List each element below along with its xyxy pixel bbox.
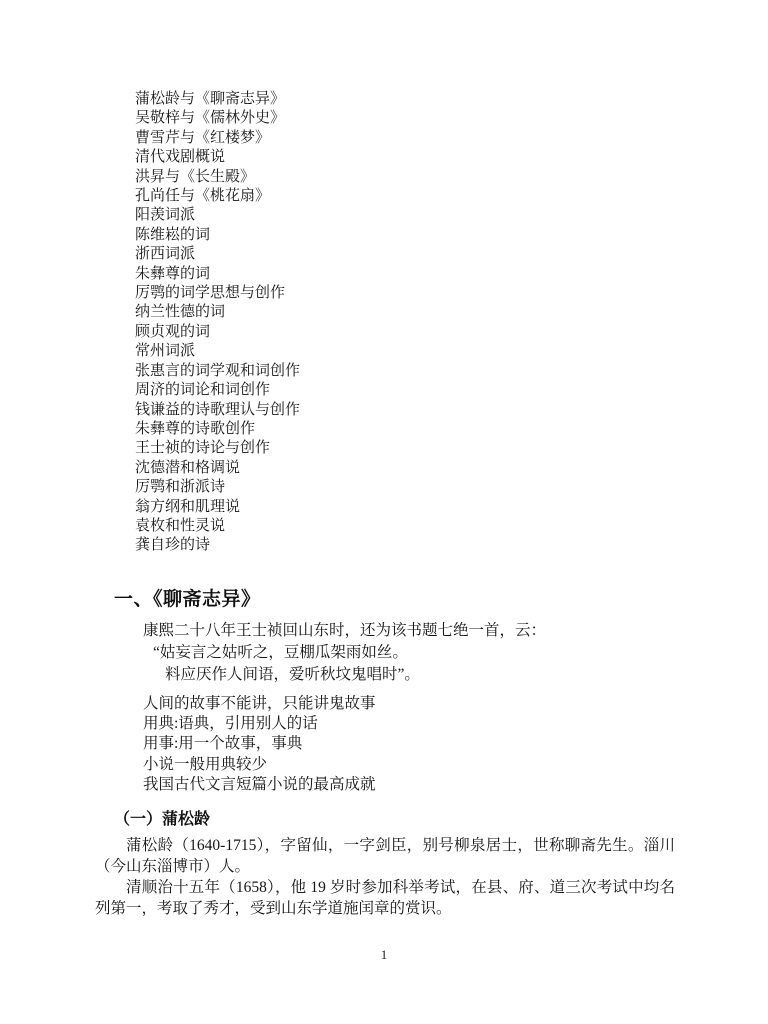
topic-list-item: 朱彝尊的诗歌创作 bbox=[135, 420, 300, 439]
poem-block: 康熙二十八年王士祯回山东时，还为该书题七绝一首，云： “姑妄言之姑听之，豆棚瓜架… bbox=[95, 620, 675, 686]
topic-list-item: 蒲松龄与《聊斋志异》 bbox=[135, 90, 300, 109]
note-line: 用典:语典，引用别人的话 bbox=[95, 714, 376, 734]
topic-list: 蒲松龄与《聊斋志异》 吴敬梓与《儒林外史》 曹雪芹与《红楼梦》 清代戏剧概说 洪… bbox=[135, 90, 300, 556]
topic-list-item: 吴敬梓与《儒林外史》 bbox=[135, 109, 300, 128]
poem-intro-line: 康熙二十八年王士祯回山东时，还为该书题七绝一首，云： bbox=[95, 620, 675, 642]
topic-list-item: 洪昇与《长生殿》 bbox=[135, 168, 300, 187]
body-text: 蒲松龄（1640-1715），字留仙，一字剑臣，别号柳泉居士，世称聊斋先生。淄川… bbox=[95, 835, 675, 919]
topic-list-item: 阳羡词派 bbox=[135, 206, 300, 225]
topic-list-item: 纳兰性德的词 bbox=[135, 303, 300, 322]
topic-list-item: 朱彝尊的词 bbox=[135, 265, 300, 284]
page-number: 1 bbox=[0, 947, 768, 963]
topic-list-item: 袁枚和性灵说 bbox=[135, 517, 300, 536]
topic-list-item: 龚自珍的诗 bbox=[135, 536, 300, 555]
topic-list-item: 沈德潜和格调说 bbox=[135, 459, 300, 478]
topic-list-item: 顾贞观的词 bbox=[135, 323, 300, 342]
topic-list-item: 张惠言的词学观和词创作 bbox=[135, 362, 300, 381]
topic-list-item: 钱谦益的诗歌理认与创作 bbox=[135, 401, 300, 420]
topic-list-item: 浙西词派 bbox=[135, 245, 300, 264]
topic-list-item: 厉鹗和浙派诗 bbox=[135, 478, 300, 497]
topic-list-item: 陈维崧的词 bbox=[135, 226, 300, 245]
paragraph: 清顺治十五年（1658），他 19 岁时参加科举考试，在县、府、道三次考试中均名… bbox=[95, 877, 675, 919]
note-line: 人间的故事不能讲，只能讲鬼故事 bbox=[95, 694, 376, 714]
notes-block: 人间的故事不能讲，只能讲鬼故事 用典:语典，引用别人的话 用事:用一个故事，事典… bbox=[95, 694, 376, 795]
paragraph: 蒲松龄（1640-1715），字留仙，一字剑臣，别号柳泉居士，世称聊斋先生。淄川… bbox=[95, 835, 675, 877]
topic-list-item: 翁方纲和肌理说 bbox=[135, 498, 300, 517]
subsection-heading: （一）蒲松龄 bbox=[114, 806, 210, 829]
document-page: 蒲松龄与《聊斋志异》 吴敬梓与《儒林外史》 曹雪芹与《红楼梦》 清代戏剧概说 洪… bbox=[0, 0, 768, 1024]
note-line: 我国古代文言短篇小说的最高成就 bbox=[95, 775, 376, 795]
topic-list-item: 厉鹗的词学思想与创作 bbox=[135, 284, 300, 303]
topic-list-item: 周济的词论和词创作 bbox=[135, 381, 300, 400]
topic-list-item: 王士祯的诗论与创作 bbox=[135, 439, 300, 458]
topic-list-item: 孔尚任与《桃花扇》 bbox=[135, 187, 300, 206]
poem-line: 料应厌作人间语，爱听秋坟鬼唱时”。 bbox=[95, 664, 675, 686]
note-line: 用事:用一个故事，事典 bbox=[95, 734, 376, 754]
topic-list-item: 曹雪芹与《红楼梦》 bbox=[135, 129, 300, 148]
topic-list-item: 清代戏剧概说 bbox=[135, 148, 300, 167]
topic-list-item: 常州词派 bbox=[135, 342, 300, 361]
poem-line: “姑妄言之姑听之，豆棚瓜架雨如丝。 bbox=[95, 642, 675, 664]
section-heading: 一、《聊斋志异》 bbox=[114, 584, 261, 611]
note-line: 小说一般用典较少 bbox=[95, 755, 376, 775]
